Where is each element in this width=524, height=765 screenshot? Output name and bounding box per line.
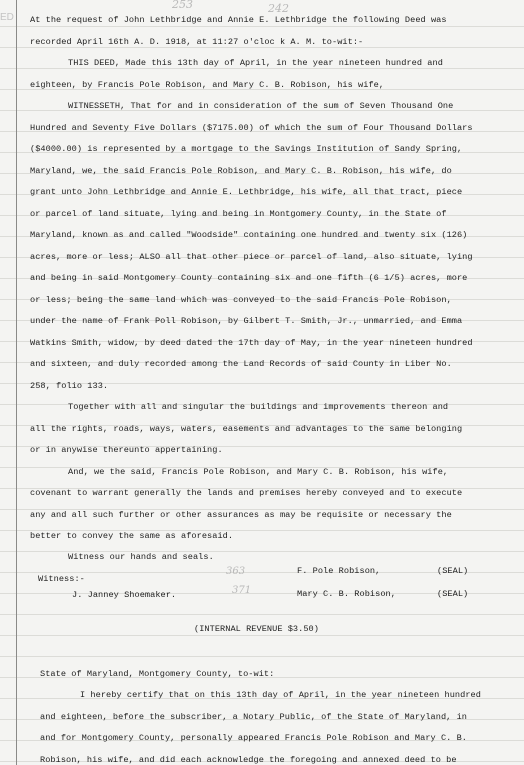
witness-label: Witness:- [38, 574, 85, 585]
text-line: acres, more or less; ALSO all that other… [30, 252, 473, 263]
text-line: 258, folio 133. [30, 381, 108, 392]
ack-line: Robison, his wife, and did each acknowle… [40, 755, 457, 765]
ack-line: I hereby certify that on this 13th day o… [80, 690, 481, 701]
text-line: WITNESSETH, That for and in consideratio… [68, 101, 453, 112]
text-line: grant unto John Lethbridge and Annie E. … [30, 187, 462, 198]
text-line: Maryland, we, the said Francis Pole Robi… [30, 166, 452, 177]
handwritten-page-number-alt: 242 [268, 2, 289, 15]
text-line: eighteen, by Francis Pole Robison, and M… [30, 80, 384, 91]
text-line: under the name of Frank Poll Robison, by… [30, 316, 462, 327]
text-line: THIS DEED, Made this 13th day of April, … [68, 58, 443, 69]
signer-1-seal: (SEAL) [437, 566, 468, 577]
text-line: better to convey the same as aforesaid. [30, 531, 233, 542]
text-line: or less; being the same land which was c… [30, 295, 452, 306]
handwritten-witness-note: 363 [226, 566, 245, 577]
margin-rule [16, 0, 17, 765]
text-line: Together with all and singular the build… [68, 402, 448, 413]
text-line: And, we the said, Francis Pole Robison, … [68, 467, 448, 478]
signer-2-seal: (SEAL) [437, 589, 468, 600]
text-line: Witness our hands and seals. [68, 552, 214, 563]
margin-mark: ED [0, 12, 14, 23]
text-line: or parcel of land situate, lying and bei… [30, 209, 447, 220]
text-line: recorded April 16th A. D. 1918, at 11:27… [30, 37, 363, 48]
text-line: or in anywise thereunto appertaining. [30, 445, 223, 456]
handwritten-witness-note: 371 [232, 585, 251, 596]
ack-line: State of Maryland, Montgomery County, to… [40, 669, 274, 680]
revenue-stamp-note: (INTERNAL REVENUE $3.50) [194, 624, 319, 635]
deed-record-page: ED 253 242 At the request of John Lethbr… [0, 0, 524, 765]
text-line: Watkins Smith, widow, by deed dated the … [30, 338, 473, 349]
text-line: Hundred and Seventy Five Dollars ($7175.… [30, 123, 473, 134]
witness-name: J. Janney Shoemaker. [72, 590, 176, 601]
signer-1-name: F. Pole Robison, [297, 566, 380, 577]
signer-2-name: Mary C. B. Robison, [297, 589, 396, 600]
ack-line: and for Montgomery County, personally ap… [40, 733, 467, 744]
text-line: and being in said Montgomery County cont… [30, 273, 467, 284]
ack-line: and eighteen, before the subscriber, a N… [40, 712, 467, 723]
text-line: any and all such further or other assura… [30, 510, 452, 521]
text-line: all the rights, roads, ways, waters, eas… [30, 424, 462, 435]
text-line: covenant to warrant generally the lands … [30, 488, 462, 499]
text-line: and sixteen, and duly recorded among the… [30, 359, 452, 370]
text-line: At the request of John Lethbridge and An… [30, 15, 447, 26]
text-line: ($4000.00) is represented by a mortgage … [30, 144, 462, 155]
handwritten-page-number: 253 [172, 0, 193, 11]
text-line: Maryland, known as and called "Woodside"… [30, 230, 467, 241]
